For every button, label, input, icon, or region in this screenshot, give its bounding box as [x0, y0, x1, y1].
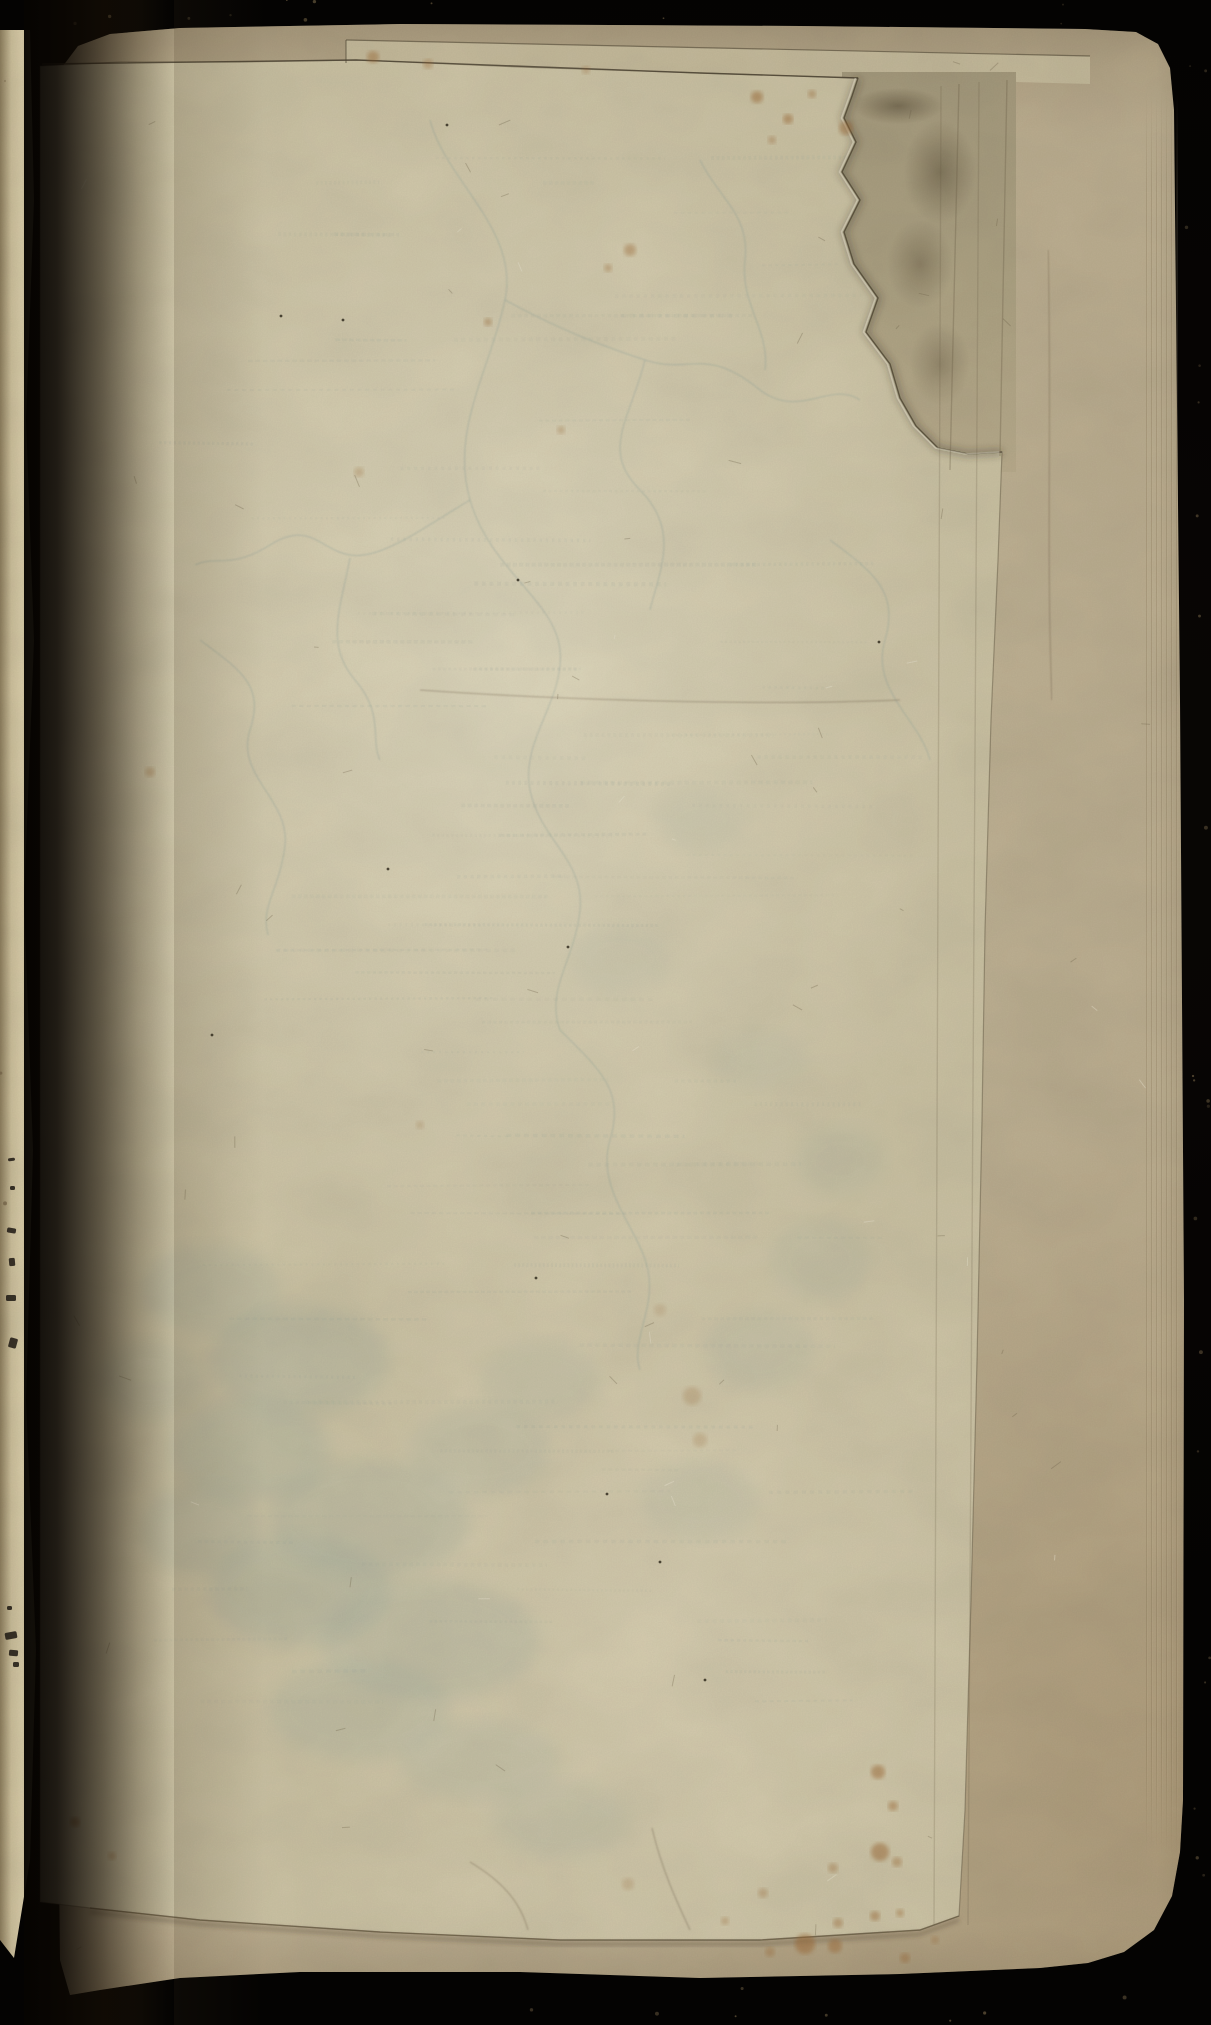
book-scan [0, 0, 1211, 2025]
previous-page-sliver [0, 26, 40, 1961]
page-edge-stack [1146, 92, 1180, 1854]
